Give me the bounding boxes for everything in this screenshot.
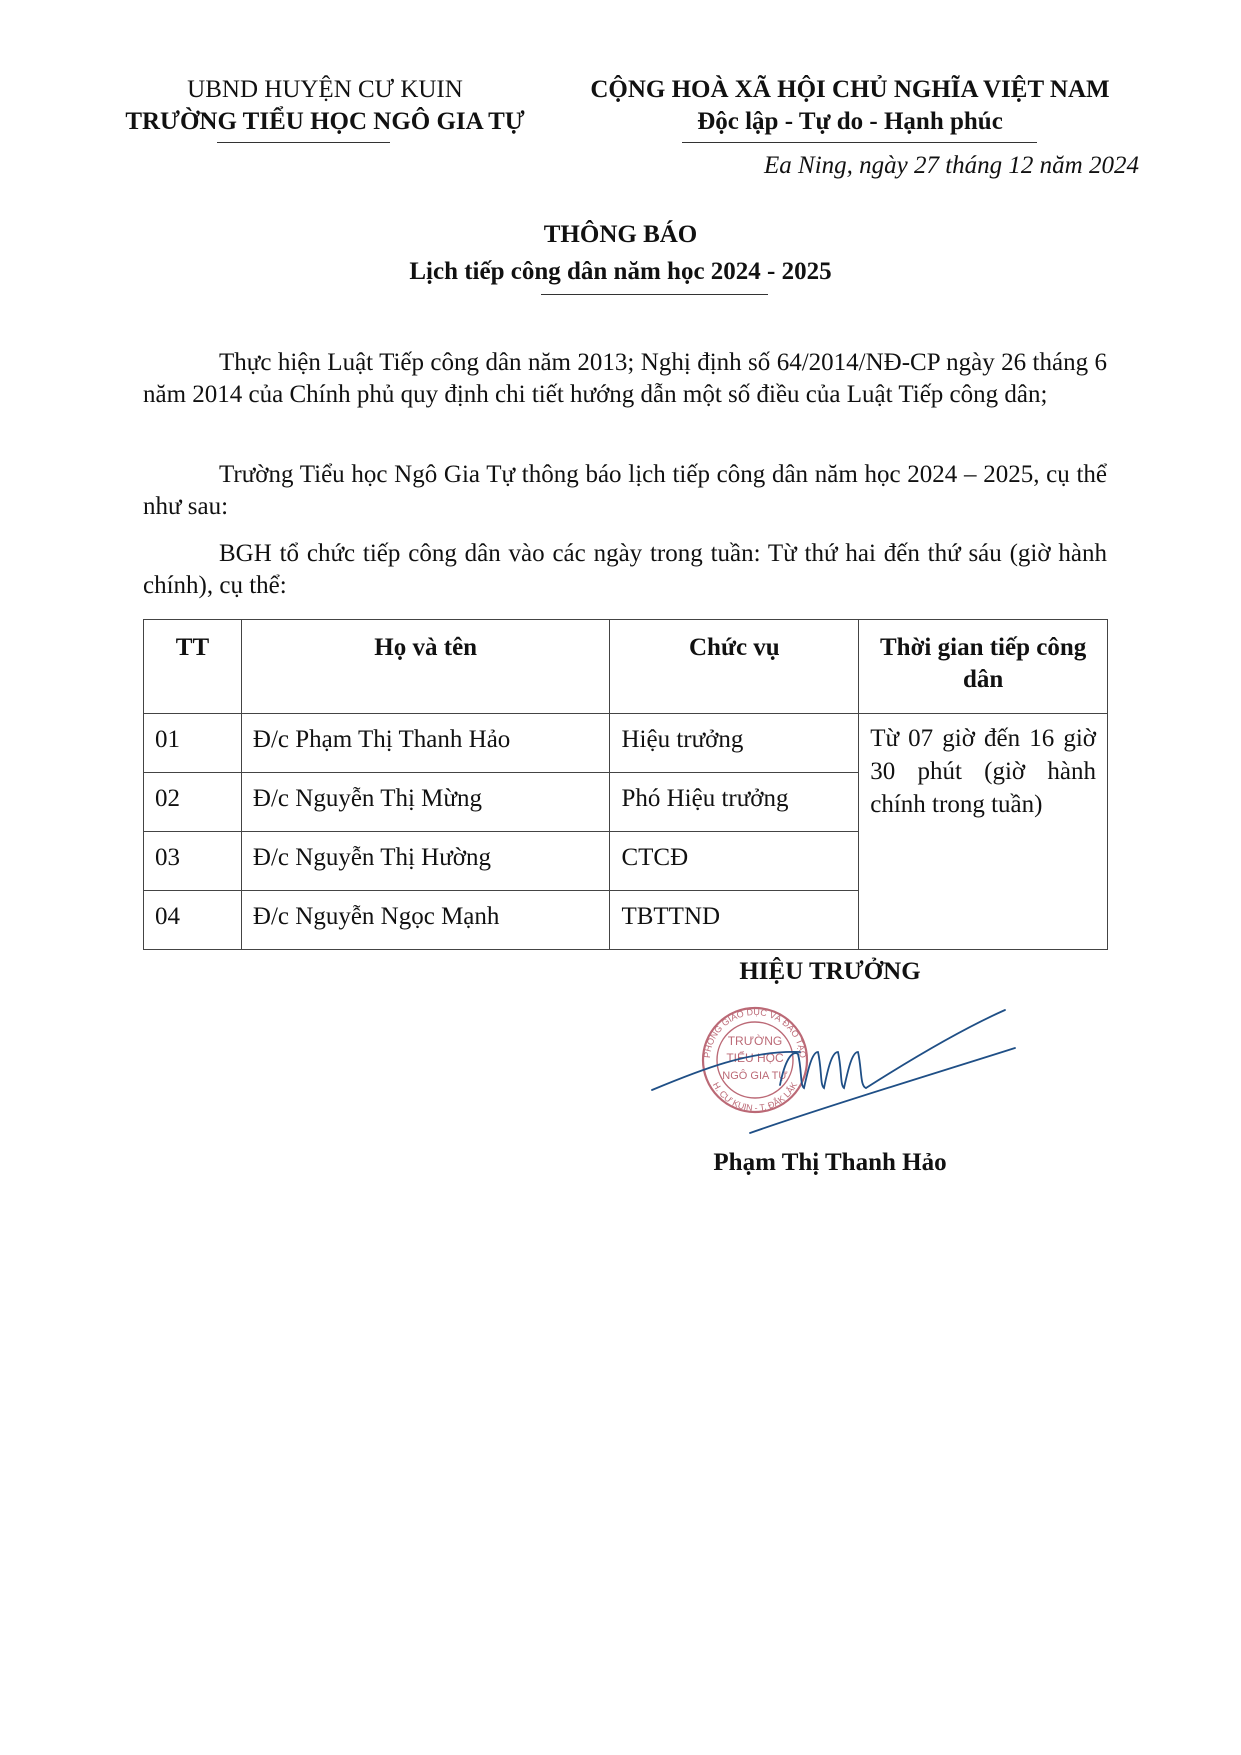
- cell-position: Phó Hiệu trưởng: [610, 773, 859, 832]
- cell-time: Từ 07 giờ đến 16 giờ 30 phút (giờ hành c…: [859, 714, 1108, 950]
- document-title: THÔNG BÁO: [0, 218, 1241, 252]
- agency-name: UBND HUYỆN CƯ KUIN: [100, 74, 550, 106]
- table-header-row: TT Họ và tên Chức vụ Thời gian tiếp công…: [144, 620, 1108, 714]
- paragraph-legal-basis: Thực hiện Luật Tiếp công dân năm 2013; N…: [143, 347, 1107, 411]
- national-header-block: CỘNG HOÀ XÃ HỘI CHỦ NGHĨA VIỆT NAM Độc l…: [560, 74, 1140, 138]
- cell-name: Đ/c Nguyễn Thị Hường: [241, 832, 610, 891]
- svg-text:NGÔ GIA TỰ: NGÔ GIA TỰ: [722, 1069, 787, 1082]
- signer-title: HIỆU TRƯỞNG: [640, 955, 1020, 989]
- motto-underline: [682, 142, 1037, 143]
- cell-tt: 01: [144, 714, 242, 773]
- header-tt: TT: [144, 620, 242, 714]
- header-time: Thời gian tiếp công dân: [859, 620, 1108, 714]
- cell-name: Đ/c Phạm Thị Thanh Hảo: [241, 714, 610, 773]
- handwritten-signature-icon: [652, 1010, 1015, 1133]
- cell-position: Hiệu trưởng: [610, 714, 859, 773]
- header-position: Chức vụ: [610, 620, 859, 714]
- reception-schedule-table: TT Họ và tên Chức vụ Thời gian tiếp công…: [143, 619, 1108, 950]
- subtitle-underline: [541, 294, 768, 295]
- signer-name: Phạm Thị Thanh Hảo: [640, 1146, 1020, 1180]
- cell-position: TBTTND: [610, 891, 859, 950]
- paragraph-announcement: Trường Tiểu học Ngô Gia Tự thông báo lịc…: [143, 459, 1107, 523]
- cell-tt: 02: [144, 773, 242, 832]
- national-motto: Độc lập - Tự do - Hạnh phúc: [560, 106, 1140, 138]
- table-row: 01 Đ/c Phạm Thị Thanh Hảo Hiệu trưởng Từ…: [144, 714, 1108, 773]
- cell-name: Đ/c Nguyễn Ngọc Mạnh: [241, 891, 610, 950]
- svg-text:H. CƯ KUIN - T. ĐẮK LẮK: H. CƯ KUIN - T. ĐẮK LẮK: [711, 1080, 799, 1113]
- cell-position: CTCĐ: [610, 832, 859, 891]
- school-name: TRƯỜNG TIỂU HỌC NGÔ GIA TỰ: [100, 106, 550, 138]
- document-subtitle: Lịch tiếp công dân năm học 2024 - 2025: [0, 255, 1241, 289]
- issuing-agency-block: UBND HUYỆN CƯ KUIN TRƯỜNG TIỂU HỌC NGÔ G…: [100, 74, 550, 138]
- place-date: Ea Ning, ngày 27 tháng 12 năm 2024: [600, 150, 1140, 182]
- cell-tt: 04: [144, 891, 242, 950]
- school-name-underline: [217, 142, 390, 143]
- place-date-text: Ea Ning, ngày 27 tháng 12 năm 2024: [764, 152, 1139, 179]
- header-name: Họ và tên: [241, 620, 610, 714]
- paragraph-schedule-intro: BGH tổ chức tiếp công dân vào các ngày t…: [143, 538, 1107, 602]
- school-stamp-icon: PHÒNG GIÁO DỤC VÀ ĐÀO TẠO H. CƯ KUIN - T…: [702, 1007, 808, 1113]
- cell-tt: 03: [144, 832, 242, 891]
- stamp-and-signature: PHÒNG GIÁO DỤC VÀ ĐÀO TẠO H. CƯ KUIN - T…: [640, 990, 1020, 1140]
- cell-name: Đ/c Nguyễn Thị Mừng: [241, 773, 610, 832]
- svg-text:TRƯỜNG: TRƯỜNG: [728, 1033, 783, 1048]
- nation-name: CỘNG HOÀ XÃ HỘI CHỦ NGHĨA VIỆT NAM: [560, 74, 1140, 106]
